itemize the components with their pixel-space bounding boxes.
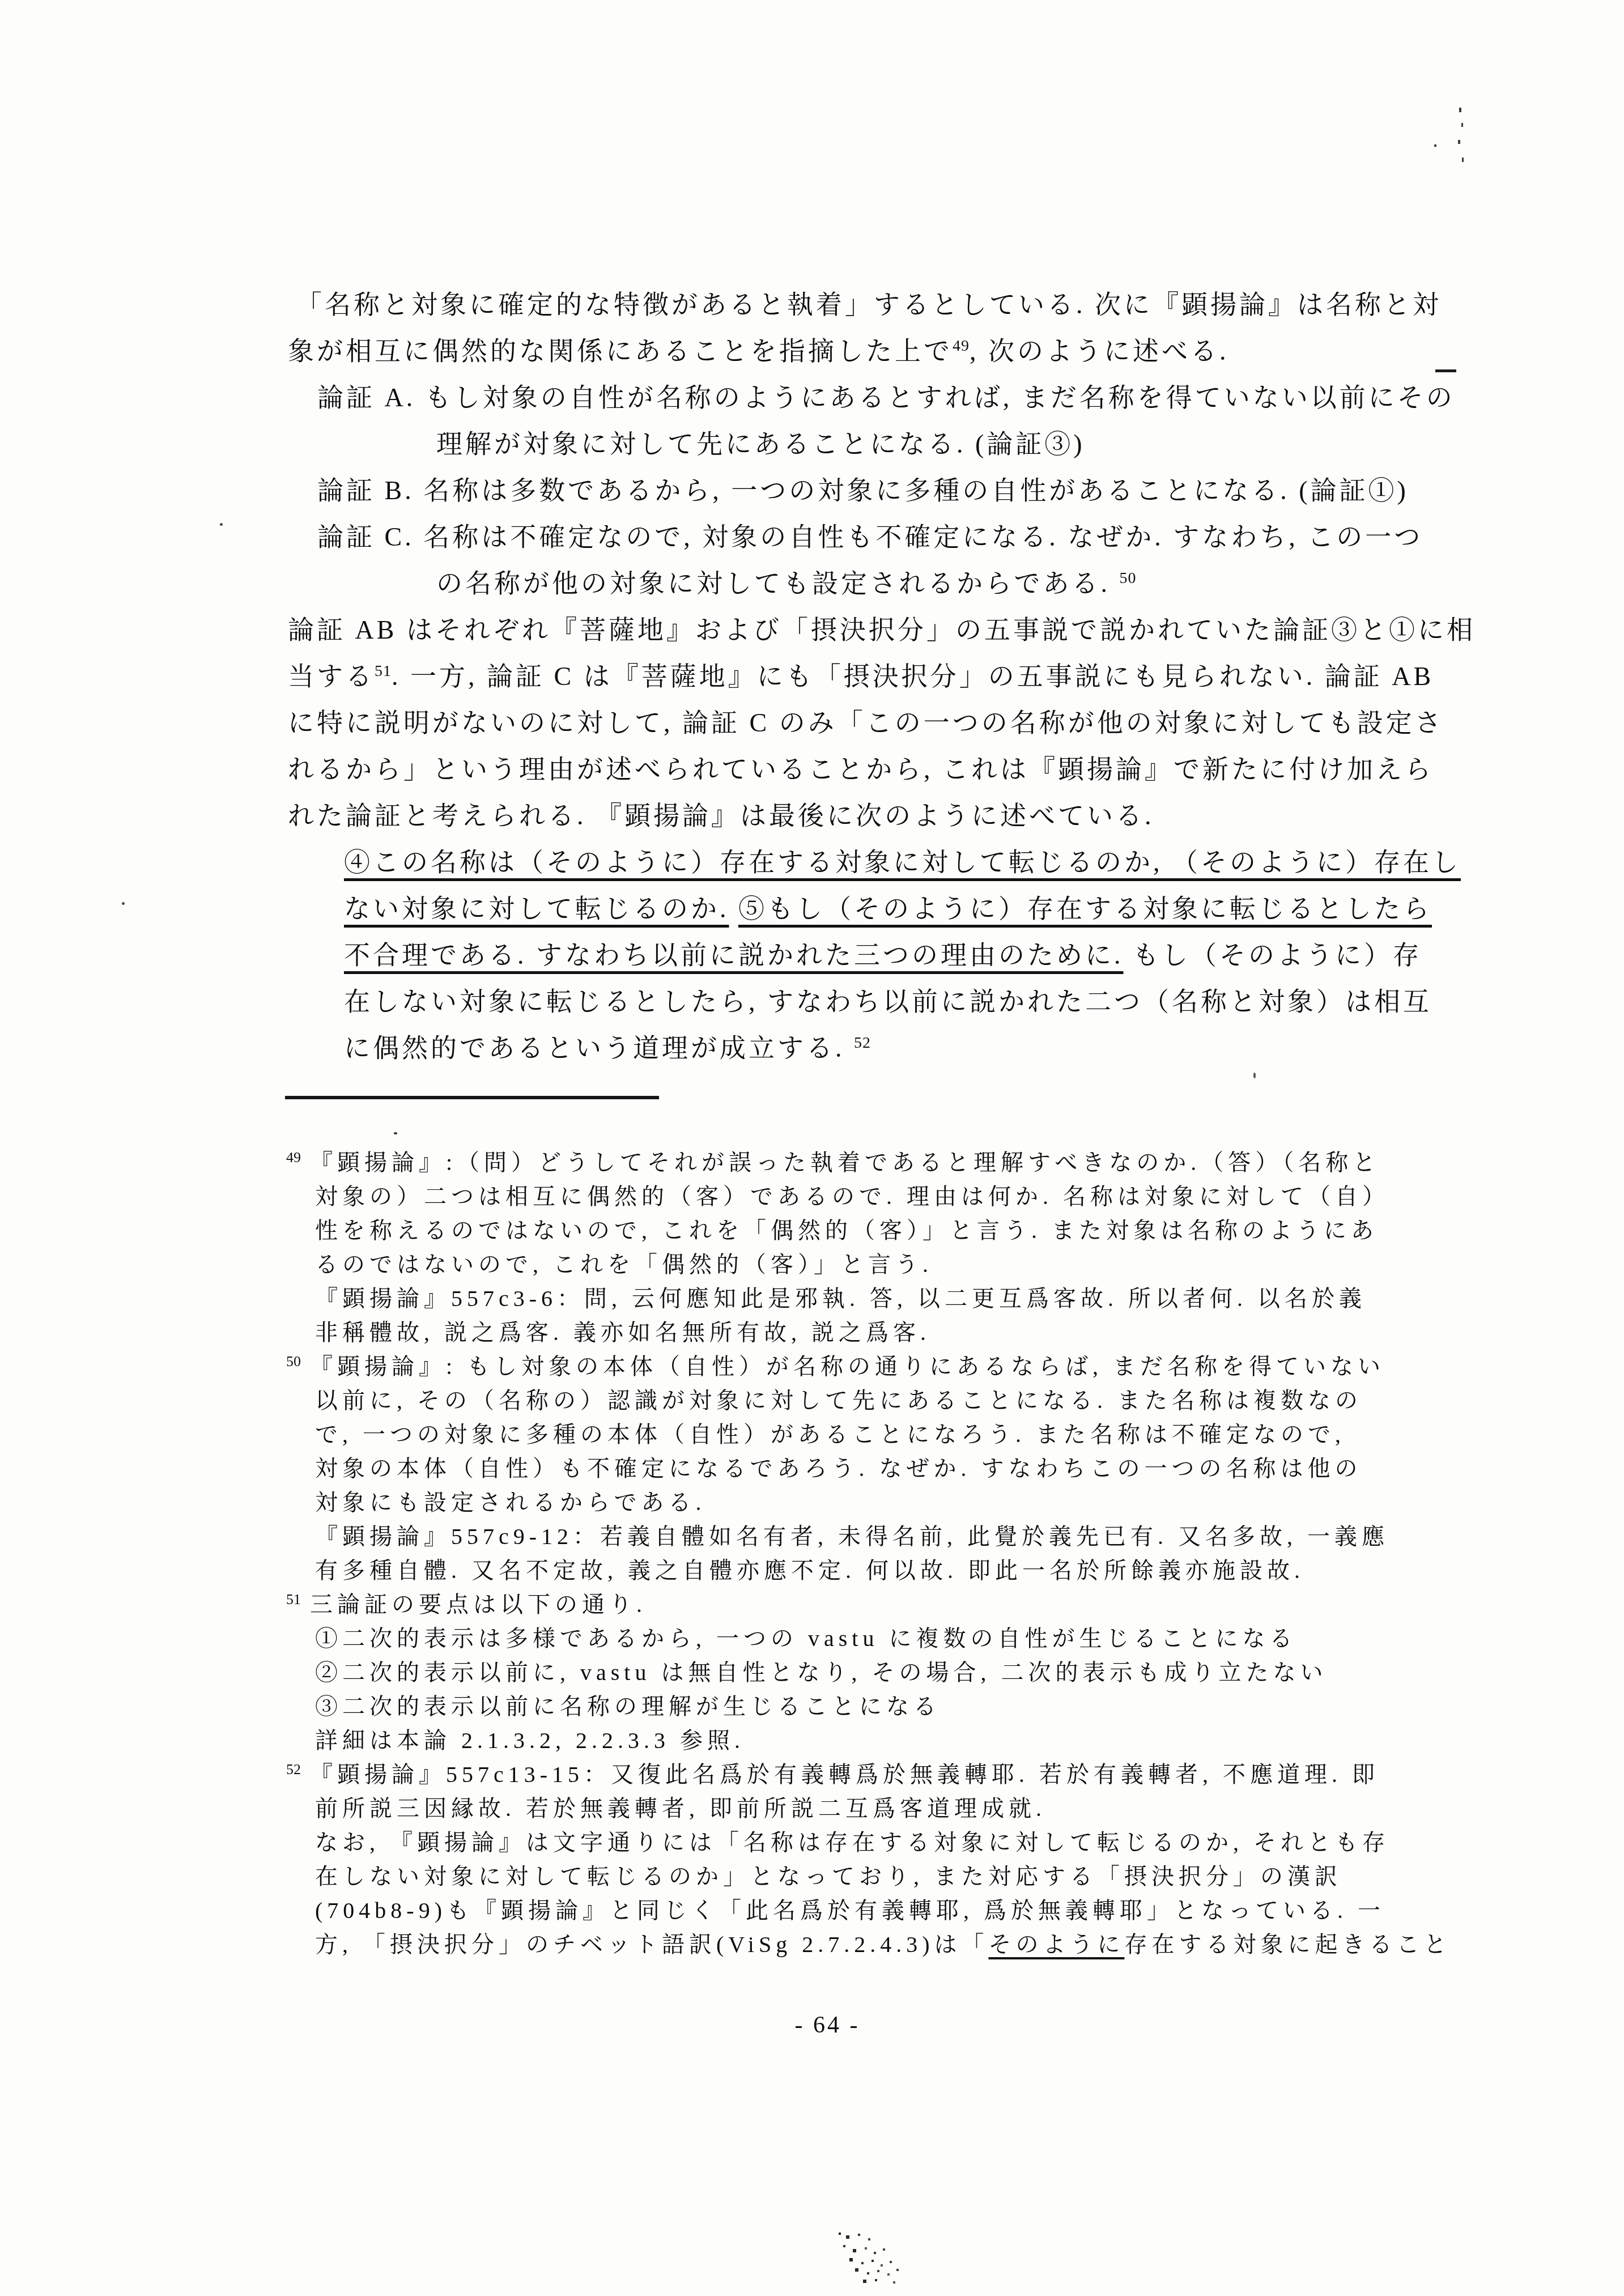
footnote-line: 対象にも設定されるからである. — [0, 1486, 1624, 1520]
text-segment: 『顕揚論』:（問）どうしてそれが誤った執着であると理解すべきなのか.（答）（名称… — [310, 1150, 1380, 1175]
text-segment: 存在する対象に起きること — [1124, 1932, 1451, 1957]
text-segment: なお, 『顕揚論』は文字通りには「名称は存在する対象に対して転じるのか, それと… — [315, 1830, 1389, 1855]
footnote-line: 50『顕揚論』: もし対象の本体（自性）が名称の通りにあるならば, まだ名称を得… — [0, 1350, 1624, 1384]
footnote-49: 49『顕揚論』:（問）どうしてそれが誤った執着であると理解すべきなのか.（答）（… — [0, 1146, 1624, 1350]
text-segment: 対象の）二つは相互に偶然的（客）であるので. 理由は何か. 名称は対象に対して（… — [315, 1184, 1389, 1209]
text-line: 論証 A. もし対象の自性が名称のようにあるとすれば, まだ名称を得ていない以前… — [0, 375, 1624, 421]
text-line: れるから」という理由が述べられていることから, これは『顕揚論』で新たに付け加え… — [0, 746, 1624, 793]
text-segment: ない対象に対して転じるのか. — [344, 894, 729, 923]
text-segment: 非稱體故, 説之爲客. 義亦如名無所有故, 説之爲客. — [315, 1320, 930, 1345]
footnote-ref: 52 — [854, 1034, 871, 1052]
footnote-line: なお, 『顕揚論』は文字通りには「名称は存在する対象に対して転じるのか, それと… — [0, 1826, 1624, 1860]
margin-dash-mark — [1435, 369, 1456, 372]
text-segment: 有多種自體. 又名不定故, 義之自體亦應不定. 何以故. 即此一名於所餘義亦施設… — [315, 1558, 1304, 1583]
text-segment: れるから」という理由が述べられていることから, これは『顕揚論』で新たに付け加え… — [288, 755, 1434, 784]
footnote-line: 49『顕揚論』:（問）どうしてそれが誤った執着であると理解すべきなのか.（答）（… — [0, 1146, 1624, 1180]
text-segment — [729, 894, 739, 923]
text-segment: ④この名称は（そのように）存在する対象に対して転じるのか, （そのように）存在し — [344, 848, 1461, 877]
text-line: 在しない対象に転じるとしたら, すなわち以前に説かれた二つ（名称と対象）は相互 — [0, 979, 1624, 1025]
footnote-ref: 50 — [1120, 569, 1137, 587]
text-segment: れた論証と考えられる. 『顕揚論』は最後に次のように述べている. — [288, 801, 1154, 830]
footnote-line: 非稱體故, 説之爲客. 義亦如名無所有故, 説之爲客. — [0, 1316, 1624, 1350]
footnote-line: 性を称えるのではないので, これを「偶然的（客）」と言う. また対象は名称のよう… — [0, 1214, 1624, 1248]
text-segment: ⑤もし（そのように）存在する対象に転じるとしたら — [738, 894, 1432, 923]
text-segment: 対象にも設定されるからである. — [315, 1490, 706, 1515]
footnote-51: 51三論証の要点は以下の通り.①二次的表示は多様であるから, 一つの vastu… — [0, 1588, 1624, 1758]
footnote-line: 有多種自體. 又名不定故, 義之自體亦應不定. 何以故. 即此一名於所餘義亦施設… — [0, 1554, 1624, 1588]
text-segment: 論証 C. 名称は不確定なので, 対象の自性も不確定になる. なぜか. すなわち… — [317, 522, 1423, 551]
scan-noise-dot — [1253, 1073, 1256, 1078]
footnote-number: 51 — [286, 1591, 301, 1608]
text-segment: もし（そのように）存 — [1124, 941, 1422, 970]
text-line: 当する51. 一方, 論証 C は『菩薩地』にも「摂決択分」の五事説にも見られな… — [0, 653, 1624, 700]
footnote-line: ②二次的表示以前に, vastu は無自性となり, その場合, 二次的表示も成り… — [0, 1656, 1624, 1690]
footnote-ref: 51 — [375, 662, 392, 680]
text-segment: 当する — [288, 662, 375, 691]
text-segment: 在しない対象に対して転じるのか」となっており, また対応する「摂決択分」の漢訳 — [315, 1864, 1342, 1889]
footnote-number: 50 — [286, 1353, 301, 1370]
text-segment: で, 一つの対象に多種の本体（自性）があることになろう. また名称は不確定なので… — [315, 1422, 1345, 1447]
footnote-line: 以前に, その（名称の）認識が対象に対して先にあることになる. また名称は複数な… — [0, 1384, 1624, 1418]
footnote-line: (704b8-9)も『顕揚論』と同じく「此名爲於有義轉耶, 爲於無義轉耶」となっ… — [0, 1894, 1624, 1928]
text-line: れた論証と考えられる. 『顕揚論』は最後に次のように述べている. — [0, 793, 1624, 839]
scan-noise-dot — [394, 1132, 397, 1134]
footnote-line: るのではないので, これを「偶然的（客）」と言う. — [0, 1248, 1624, 1282]
text-segment: るのではないので, これを「偶然的（客）」と言う. — [315, 1252, 933, 1277]
scan-noise-tick — [1462, 158, 1464, 162]
text-segment: そのように — [988, 1932, 1124, 1957]
text-segment: 以前に, その（名称の）認識が対象に対して先にあることになる. また名称は複数な… — [315, 1388, 1362, 1413]
text-segment: 論証 B. 名称は多数であるから, 一つの対象に多種の自性があることになる. (… — [317, 476, 1409, 505]
text-segment: 不合理である. すなわち以前に説かれた三つの理由のために. — [344, 941, 1124, 970]
scan-noise-tick — [1459, 108, 1461, 112]
footnote-ref: 49 — [953, 337, 970, 355]
footnote-line: 詳細は本論 2.1.3.2, 2.2.3.3 参照. — [0, 1724, 1624, 1758]
footnote-line: 52『顕揚論』557c13-15：又復此名爲於有義轉爲於無義轉耶. 若於有義轉者… — [0, 1758, 1624, 1792]
footnote-number: 49 — [286, 1149, 301, 1166]
footnote-separator — [285, 1096, 659, 1099]
footnote-line: 方, 「摂決択分」のチベット語訳(ViSg 2.7.2.4.3)は「そのように存… — [0, 1928, 1624, 1962]
text-segment: ①二次的表示は多様であるから, 一つの vastu に複数の自性が生じることにな… — [315, 1626, 1296, 1651]
text-segment: 前所説三因縁故. 若於無義轉者, 即前所説二互爲客道理成就. — [315, 1796, 1046, 1821]
text-segment: 『顕揚論』557c13-15：又復此名爲於有義轉爲於無義轉耶. 若於有義轉者, … — [310, 1762, 1379, 1787]
text-segment: 論証 AB はそれぞれ『菩薩地』および「摂決択分」の五事説で説かれていた論証③と… — [288, 615, 1476, 644]
footnote-line: 前所説三因縁故. 若於無義轉者, 即前所説二互爲客道理成就. — [0, 1792, 1624, 1826]
text-segment: 象が相互に偶然的な関係にあることを指摘した上で — [288, 337, 953, 365]
text-segment: 方, 「摂決択分」のチベット語訳(ViSg 2.7.2.4.3)は「 — [315, 1932, 988, 1957]
page-number: - 64 - — [0, 2012, 1624, 2039]
text-segment: 性を称えるのではないので, これを「偶然的（客）」と言う. また対象は名称のよう… — [315, 1218, 1378, 1243]
text-segment: 在しない対象に転じるとしたら, すなわち以前に説かれた二つ（名称と対象）は相互 — [344, 987, 1432, 1016]
scan-noise-dot — [122, 902, 125, 905]
footnote-line: 対象の）二つは相互に偶然的（客）であるので. 理由は何か. 名称は対象に対して（… — [0, 1180, 1624, 1214]
text-segment: (704b8-9)も『顕揚論』と同じく「此名爲於有義轉耶, 爲於無義轉耶」となっ… — [315, 1898, 1385, 1923]
text-line: に特に説明がないのに対して, 論証 C のみ「この一つの名称が他の対象に対しても… — [0, 700, 1624, 746]
scanned-page: 「名称と対象に確定的な特徴があると執着」するとしている. 次に『顕揚論』は名称と… — [0, 0, 1624, 2296]
footnote-line: ③二次的表示以前に名称の理解が生じることになる — [0, 1690, 1624, 1724]
footnote-line: 51三論証の要点は以下の通り. — [0, 1588, 1624, 1622]
scan-noise-tick — [1458, 140, 1460, 144]
text-line: ④この名称は（そのように）存在する対象に対して転じるのか, （そのように）存在し — [0, 839, 1624, 886]
text-segment: ③二次的表示以前に名称の理解が生じることになる — [315, 1694, 941, 1719]
footnote-line: 『顕揚論』557c9-12：若義自體如名有者, 未得名前, 此覺於義先已有. 又… — [0, 1520, 1624, 1554]
text-segment: の名称が他の対象に対しても設定されるからである. — [436, 569, 1120, 598]
text-line: 理解が対象に対して先にあることになる. (論証③) — [0, 421, 1624, 467]
text-segment: ②二次的表示以前に, vastu は無自性となり, その場合, 二次的表示も成り… — [315, 1660, 1327, 1685]
text-segment: 理解が対象に対して先にあることになる. (論証③) — [436, 430, 1085, 458]
text-segment: に特に説明がないのに対して, 論証 C のみ「この一つの名称が他の対象に対しても… — [288, 708, 1444, 737]
text-segment: 「名称と対象に確定的な特徴があると執着」するとしている. 次に『顕揚論』は名称と… — [296, 290, 1442, 319]
footnote-50: 50『顕揚論』: もし対象の本体（自性）が名称の通りにあるならば, まだ名称を得… — [0, 1350, 1624, 1588]
footnotes: 49『顕揚論』:（問）どうしてそれが誤った執着であると理解すべきなのか.（答）（… — [0, 1146, 1624, 1962]
main-text: 「名称と対象に確定的な特徴があると執着」するとしている. 次に『顕揚論』は名称と… — [0, 282, 1624, 1072]
text-line: ない対象に対して転じるのか. ⑤もし（そのように）存在する対象に転じるとしたら — [0, 886, 1624, 932]
text-line: 不合理である. すなわち以前に説かれた三つの理由のために. もし（そのように）存 — [0, 932, 1624, 979]
text-segment: に偶然的であるという道理が成立する. — [344, 1034, 854, 1062]
footnote-line: 在しない対象に対して転じるのか」となっており, また対応する「摂決択分」の漢訳 — [0, 1860, 1624, 1894]
text-segment: 三論証の要点は以下の通り. — [310, 1592, 647, 1617]
text-segment: , 次のように述べる. — [970, 337, 1229, 365]
text-segment: 対象の本体（自性）も不確定になるであろう. なぜか. すなわちこの一つの名称は他… — [315, 1456, 1362, 1481]
scan-noise-tick — [1461, 123, 1463, 127]
footnote-line: で, 一つの対象に多種の本体（自性）があることになろう. また名称は不確定なので… — [0, 1418, 1624, 1452]
footnote-52: 52『顕揚論』557c13-15：又復此名爲於有義轉爲於無義轉耶. 若於有義轉者… — [0, 1758, 1624, 1962]
footnote-line: 『顕揚論』557c3-6：問, 云何應知此是邪執. 答, 以二更互爲客故. 所以… — [0, 1282, 1624, 1316]
text-segment: 『顕揚論』: もし対象の本体（自性）が名称の通りにあるならば, まだ名称を得てい… — [310, 1354, 1385, 1379]
text-line: 「名称と対象に確定的な特徴があると執着」するとしている. 次に『顕揚論』は名称と… — [0, 282, 1624, 328]
text-segment: 『顕揚論』557c9-12：若義自體如名有者, 未得名前, 此覺於義先已有. 又… — [315, 1524, 1389, 1549]
scan-noise-dot — [220, 523, 223, 526]
text-segment: 詳細は本論 2.1.3.2, 2.2.3.3 参照. — [315, 1728, 745, 1753]
scan-noise-cluster — [839, 2233, 841, 2235]
footnote-number: 52 — [286, 1761, 301, 1778]
text-line: 論証 B. 名称は多数であるから, 一つの対象に多種の自性があることになる. (… — [0, 467, 1624, 514]
text-line: 論証 AB はそれぞれ『菩薩地』および「摂決択分」の五事説で説かれていた論証③と… — [0, 607, 1624, 653]
text-segment: 論証 A. もし対象の自性が名称のようにあるとすれば, まだ名称を得ていない以前… — [317, 383, 1455, 412]
scan-noise-tick — [1434, 144, 1436, 147]
text-segment: . 一方, 論証 C は『菩薩地』にも「摂決択分」の五事説にも見られない. 論証… — [392, 662, 1434, 691]
text-line: の名称が他の対象に対しても設定されるからである. 50 — [0, 560, 1624, 607]
text-line: に偶然的であるという道理が成立する. 52 — [0, 1025, 1624, 1072]
footnote-line: 対象の本体（自性）も不確定になるであろう. なぜか. すなわちこの一つの名称は他… — [0, 1452, 1624, 1486]
footnote-line: ①二次的表示は多様であるから, 一つの vastu に複数の自性が生じることにな… — [0, 1622, 1624, 1656]
text-segment: 『顕揚論』557c3-6：問, 云何應知此是邪執. 答, 以二更互爲客故. 所以… — [315, 1286, 1366, 1311]
text-line: 論証 C. 名称は不確定なので, 対象の自性も不確定になる. なぜか. すなわち… — [0, 514, 1624, 560]
text-line: 象が相互に偶然的な関係にあることを指摘した上で49, 次のように述べる. — [0, 328, 1624, 375]
